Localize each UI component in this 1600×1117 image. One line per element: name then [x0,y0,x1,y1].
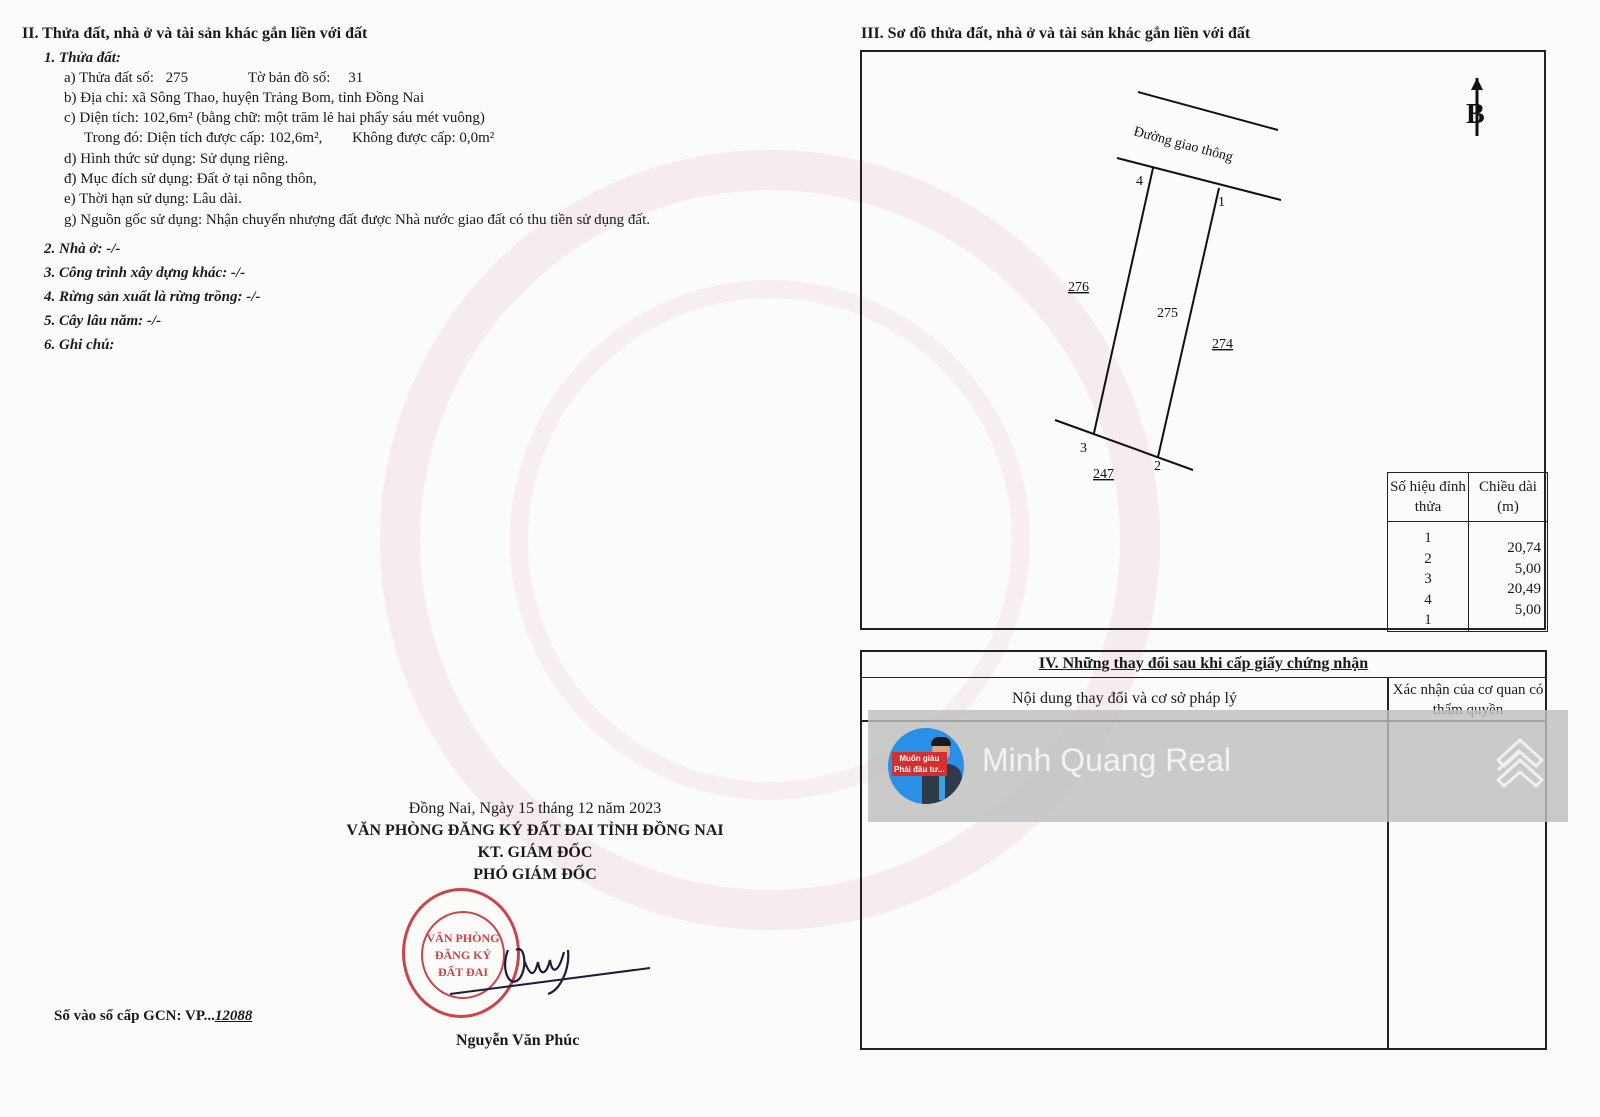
length-column: 20,74 5,00 20,49 5,00 [1469,522,1548,632]
vertex-3-label: 3 [1080,441,1087,456]
avatar-caption: Muốn giàu Phải đầu tư... [892,752,947,776]
parcel-side-left [1094,168,1153,433]
parcel-number-label-diagram: 275 [1157,306,1178,321]
vertex-1-label: 1 [1218,195,1225,210]
length-header: Chiều dài (m) [1469,473,1548,522]
avatar-hair [931,737,951,746]
neighbor-parcel-left: 276 [1068,280,1089,295]
svg-text:B: B [1466,99,1485,130]
edge-length-table: Số hiệu đỉnh thửa Chiều dài (m) 1 2 3 4 … [1387,472,1548,632]
neighbor-parcel-bottom: 247 [1093,467,1114,482]
brand-watermark-banner: Muốn giàu Phải đầu tư... Minh Quang Real [868,710,1568,822]
vertex-4-label: 4 [1136,174,1143,189]
parcel-side-right [1158,188,1219,457]
vertex-2-label: 2 [1154,459,1161,474]
stacked-layers-logo-icon [1490,734,1550,798]
neighbor-parcel-right: 274 [1212,337,1233,352]
brand-name: Minh Quang Real [982,742,1231,779]
brand-avatar: Muốn giàu Phải đầu tư... [888,728,964,804]
road-edge-top [1138,92,1278,130]
vertex-id-header: Số hiệu đỉnh thửa [1388,473,1469,522]
parcel-rear-boundary [1055,420,1193,470]
vertex-id-column: 1 2 3 4 1 [1388,522,1469,632]
north-arrow-icon: B [1466,78,1485,136]
section-4-title: IV. Những thay đổi sau khi cấp giấy chứn… [862,652,1545,678]
road-label: Đường giao thông [1132,124,1235,165]
